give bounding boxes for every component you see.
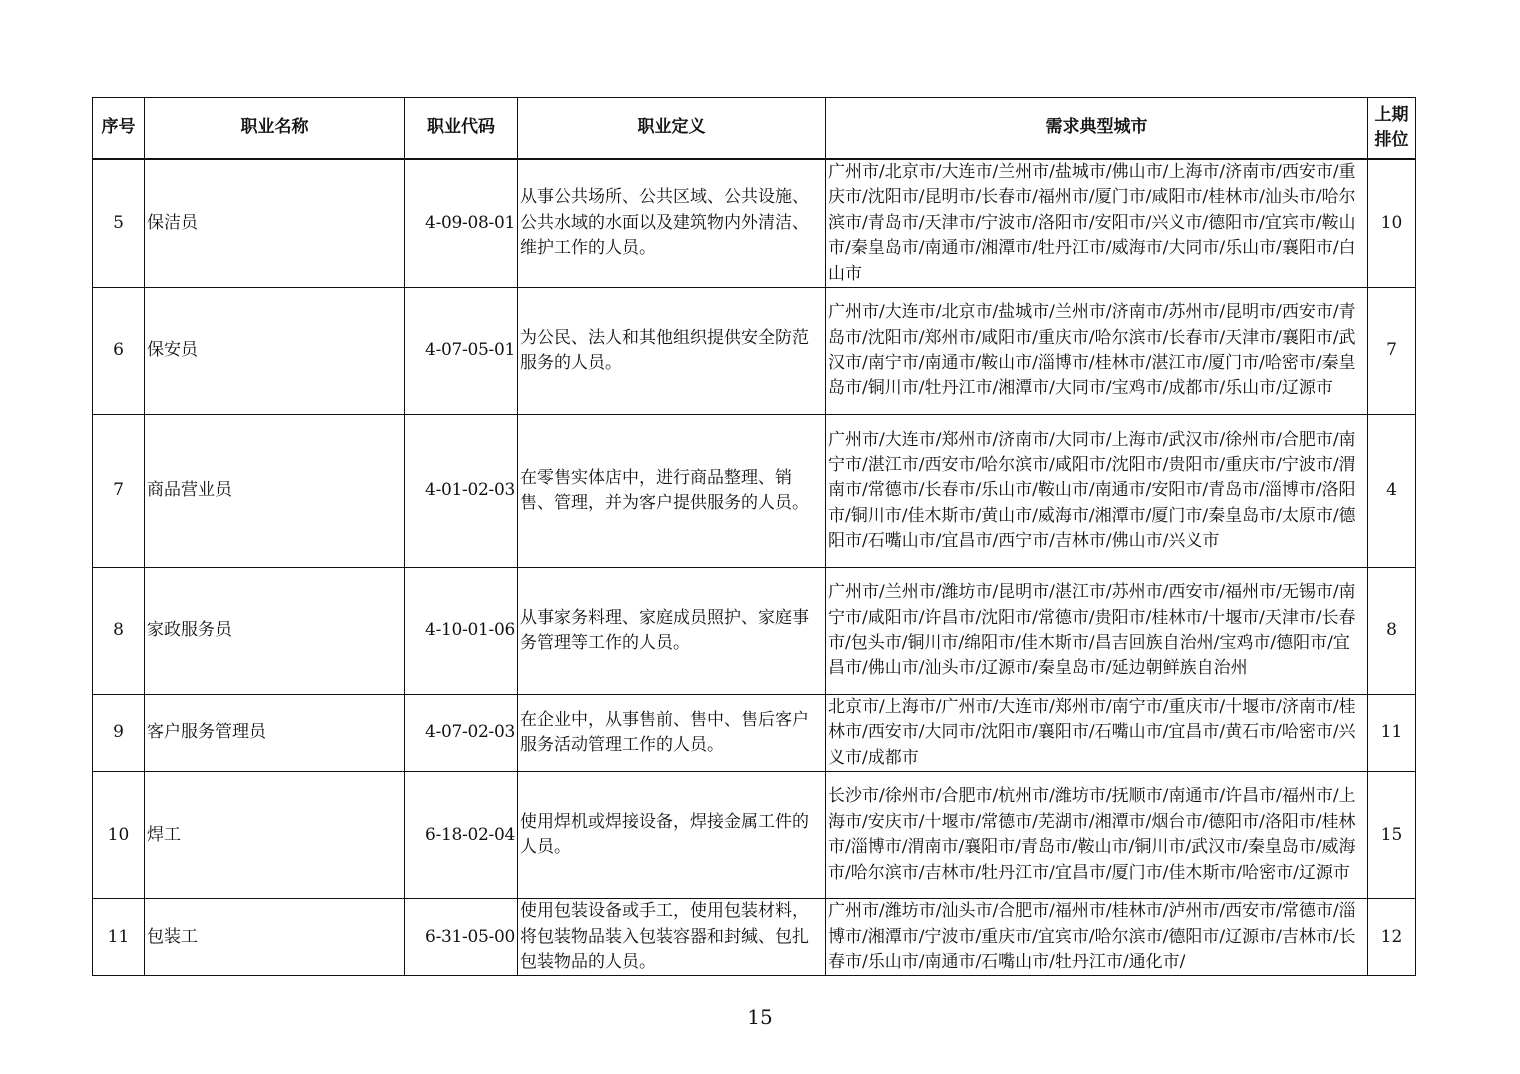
cell-no: 5 [93, 159, 145, 288]
cell-code: 6-31-05-00 [405, 899, 518, 976]
cell-cities: 广州市/大连市/郑州市/济南市/大同市/上海市/武汉市/徐州市/合肥市/南宁市/… [826, 415, 1368, 568]
cell-no: 11 [93, 899, 145, 976]
header-cities: 需求典型城市 [826, 98, 1368, 160]
header-prev-rank-line2: 排位 [1375, 130, 1409, 150]
occupation-demand-table: 序号 职业名称 职业代码 职业定义 需求典型城市 上期排位 5 保洁员 4-09… [92, 97, 1416, 976]
cell-name: 商品营业员 [145, 415, 405, 568]
cell-definition: 从事公共场所、公共区域、公共设施、公共水域的水面以及建筑物内外清洁、维护工作的人… [518, 159, 826, 288]
table-row: 8 家政服务员 4-10-01-06 从事家务料理、家庭成员照护、家庭事务管理等… [93, 568, 1416, 695]
cell-name: 保洁员 [145, 159, 405, 288]
header-prev-rank: 上期排位 [1368, 98, 1416, 160]
cell-no: 6 [93, 288, 145, 415]
cell-prev-rank: 12 [1368, 899, 1416, 976]
cell-no: 7 [93, 415, 145, 568]
cell-name: 焊工 [145, 772, 405, 899]
cell-prev-rank: 7 [1368, 288, 1416, 415]
cell-cities: 广州市/北京市/大连市/兰州市/盐城市/佛山市/上海市/济南市/西安市/重庆市/… [826, 159, 1368, 288]
document-page: 序号 职业名称 职业代码 职业定义 需求典型城市 上期排位 5 保洁员 4-09… [0, 0, 1520, 1074]
table-row: 9 客户服务管理员 4-07-02-03 在企业中，从事售前、售中、售后客户服务… [93, 695, 1416, 772]
cell-cities: 广州市/潍坊市/汕头市/合肥市/福州市/桂林市/泸州市/西安市/常德市/淄博市/… [826, 899, 1368, 976]
cell-definition: 使用包装设备或手工，使用包装材料，将包装物品装入包装容器和封缄、包扎包装物品的人… [518, 899, 826, 976]
cell-code: 4-07-05-01 [405, 288, 518, 415]
cell-prev-rank: 10 [1368, 159, 1416, 288]
cell-prev-rank: 11 [1368, 695, 1416, 772]
cell-definition: 在零售实体店中，进行商品整理、销售、管理，并为客户提供服务的人员。 [518, 415, 826, 568]
cell-definition: 使用焊机或焊接设备，焊接金属工件的人员。 [518, 772, 826, 899]
header-name: 职业名称 [145, 98, 405, 160]
cell-cities: 北京市/上海市/广州市/大连市/郑州市/南宁市/重庆市/十堰市/济南市/桂林市/… [826, 695, 1368, 772]
cell-definition: 为公民、法人和其他组织提供安全防范服务的人员。 [518, 288, 826, 415]
cell-no: 10 [93, 772, 145, 899]
cell-prev-rank: 4 [1368, 415, 1416, 568]
table-row: 7 商品营业员 4-01-02-03 在零售实体店中，进行商品整理、销售、管理，… [93, 415, 1416, 568]
cell-code: 4-07-02-03 [405, 695, 518, 772]
header-code: 职业代码 [405, 98, 518, 160]
header-definition: 职业定义 [518, 98, 826, 160]
header-no: 序号 [93, 98, 145, 160]
cell-definition: 从事家务料理、家庭成员照护、家庭事务管理等工作的人员。 [518, 568, 826, 695]
table-row: 5 保洁员 4-09-08-01 从事公共场所、公共区域、公共设施、公共水域的水… [93, 159, 1416, 288]
cell-cities: 广州市/兰州市/潍坊市/昆明市/湛江市/苏州市/西安市/福州市/无锡市/南宁市/… [826, 568, 1368, 695]
cell-name: 包装工 [145, 899, 405, 976]
table-header-row: 序号 职业名称 职业代码 职业定义 需求典型城市 上期排位 [93, 98, 1416, 160]
cell-prev-rank: 15 [1368, 772, 1416, 899]
cell-definition: 在企业中，从事售前、售中、售后客户服务活动管理工作的人员。 [518, 695, 826, 772]
cell-name: 客户服务管理员 [145, 695, 405, 772]
cell-name: 保安员 [145, 288, 405, 415]
cell-prev-rank: 8 [1368, 568, 1416, 695]
cell-name: 家政服务员 [145, 568, 405, 695]
cell-code: 4-09-08-01 [405, 159, 518, 288]
table-row: 11 包装工 6-31-05-00 使用包装设备或手工，使用包装材料，将包装物品… [93, 899, 1416, 976]
cell-code: 6-18-02-04 [405, 772, 518, 899]
header-prev-rank-line1: 上期 [1375, 105, 1409, 125]
cell-no: 9 [93, 695, 145, 772]
cell-code: 4-10-01-06 [405, 568, 518, 695]
table-row: 6 保安员 4-07-05-01 为公民、法人和其他组织提供安全防范服务的人员。… [93, 288, 1416, 415]
page-number: 15 [0, 1005, 1520, 1029]
cell-no: 8 [93, 568, 145, 695]
cell-code: 4-01-02-03 [405, 415, 518, 568]
table-row: 10 焊工 6-18-02-04 使用焊机或焊接设备，焊接金属工件的人员。 长沙… [93, 772, 1416, 899]
cell-cities: 广州市/大连市/北京市/盐城市/兰州市/济南市/苏州市/昆明市/西安市/青岛市/… [826, 288, 1368, 415]
cell-cities: 长沙市/徐州市/合肥市/杭州市/潍坊市/抚顺市/南通市/许昌市/福州市/上海市/… [826, 772, 1368, 899]
